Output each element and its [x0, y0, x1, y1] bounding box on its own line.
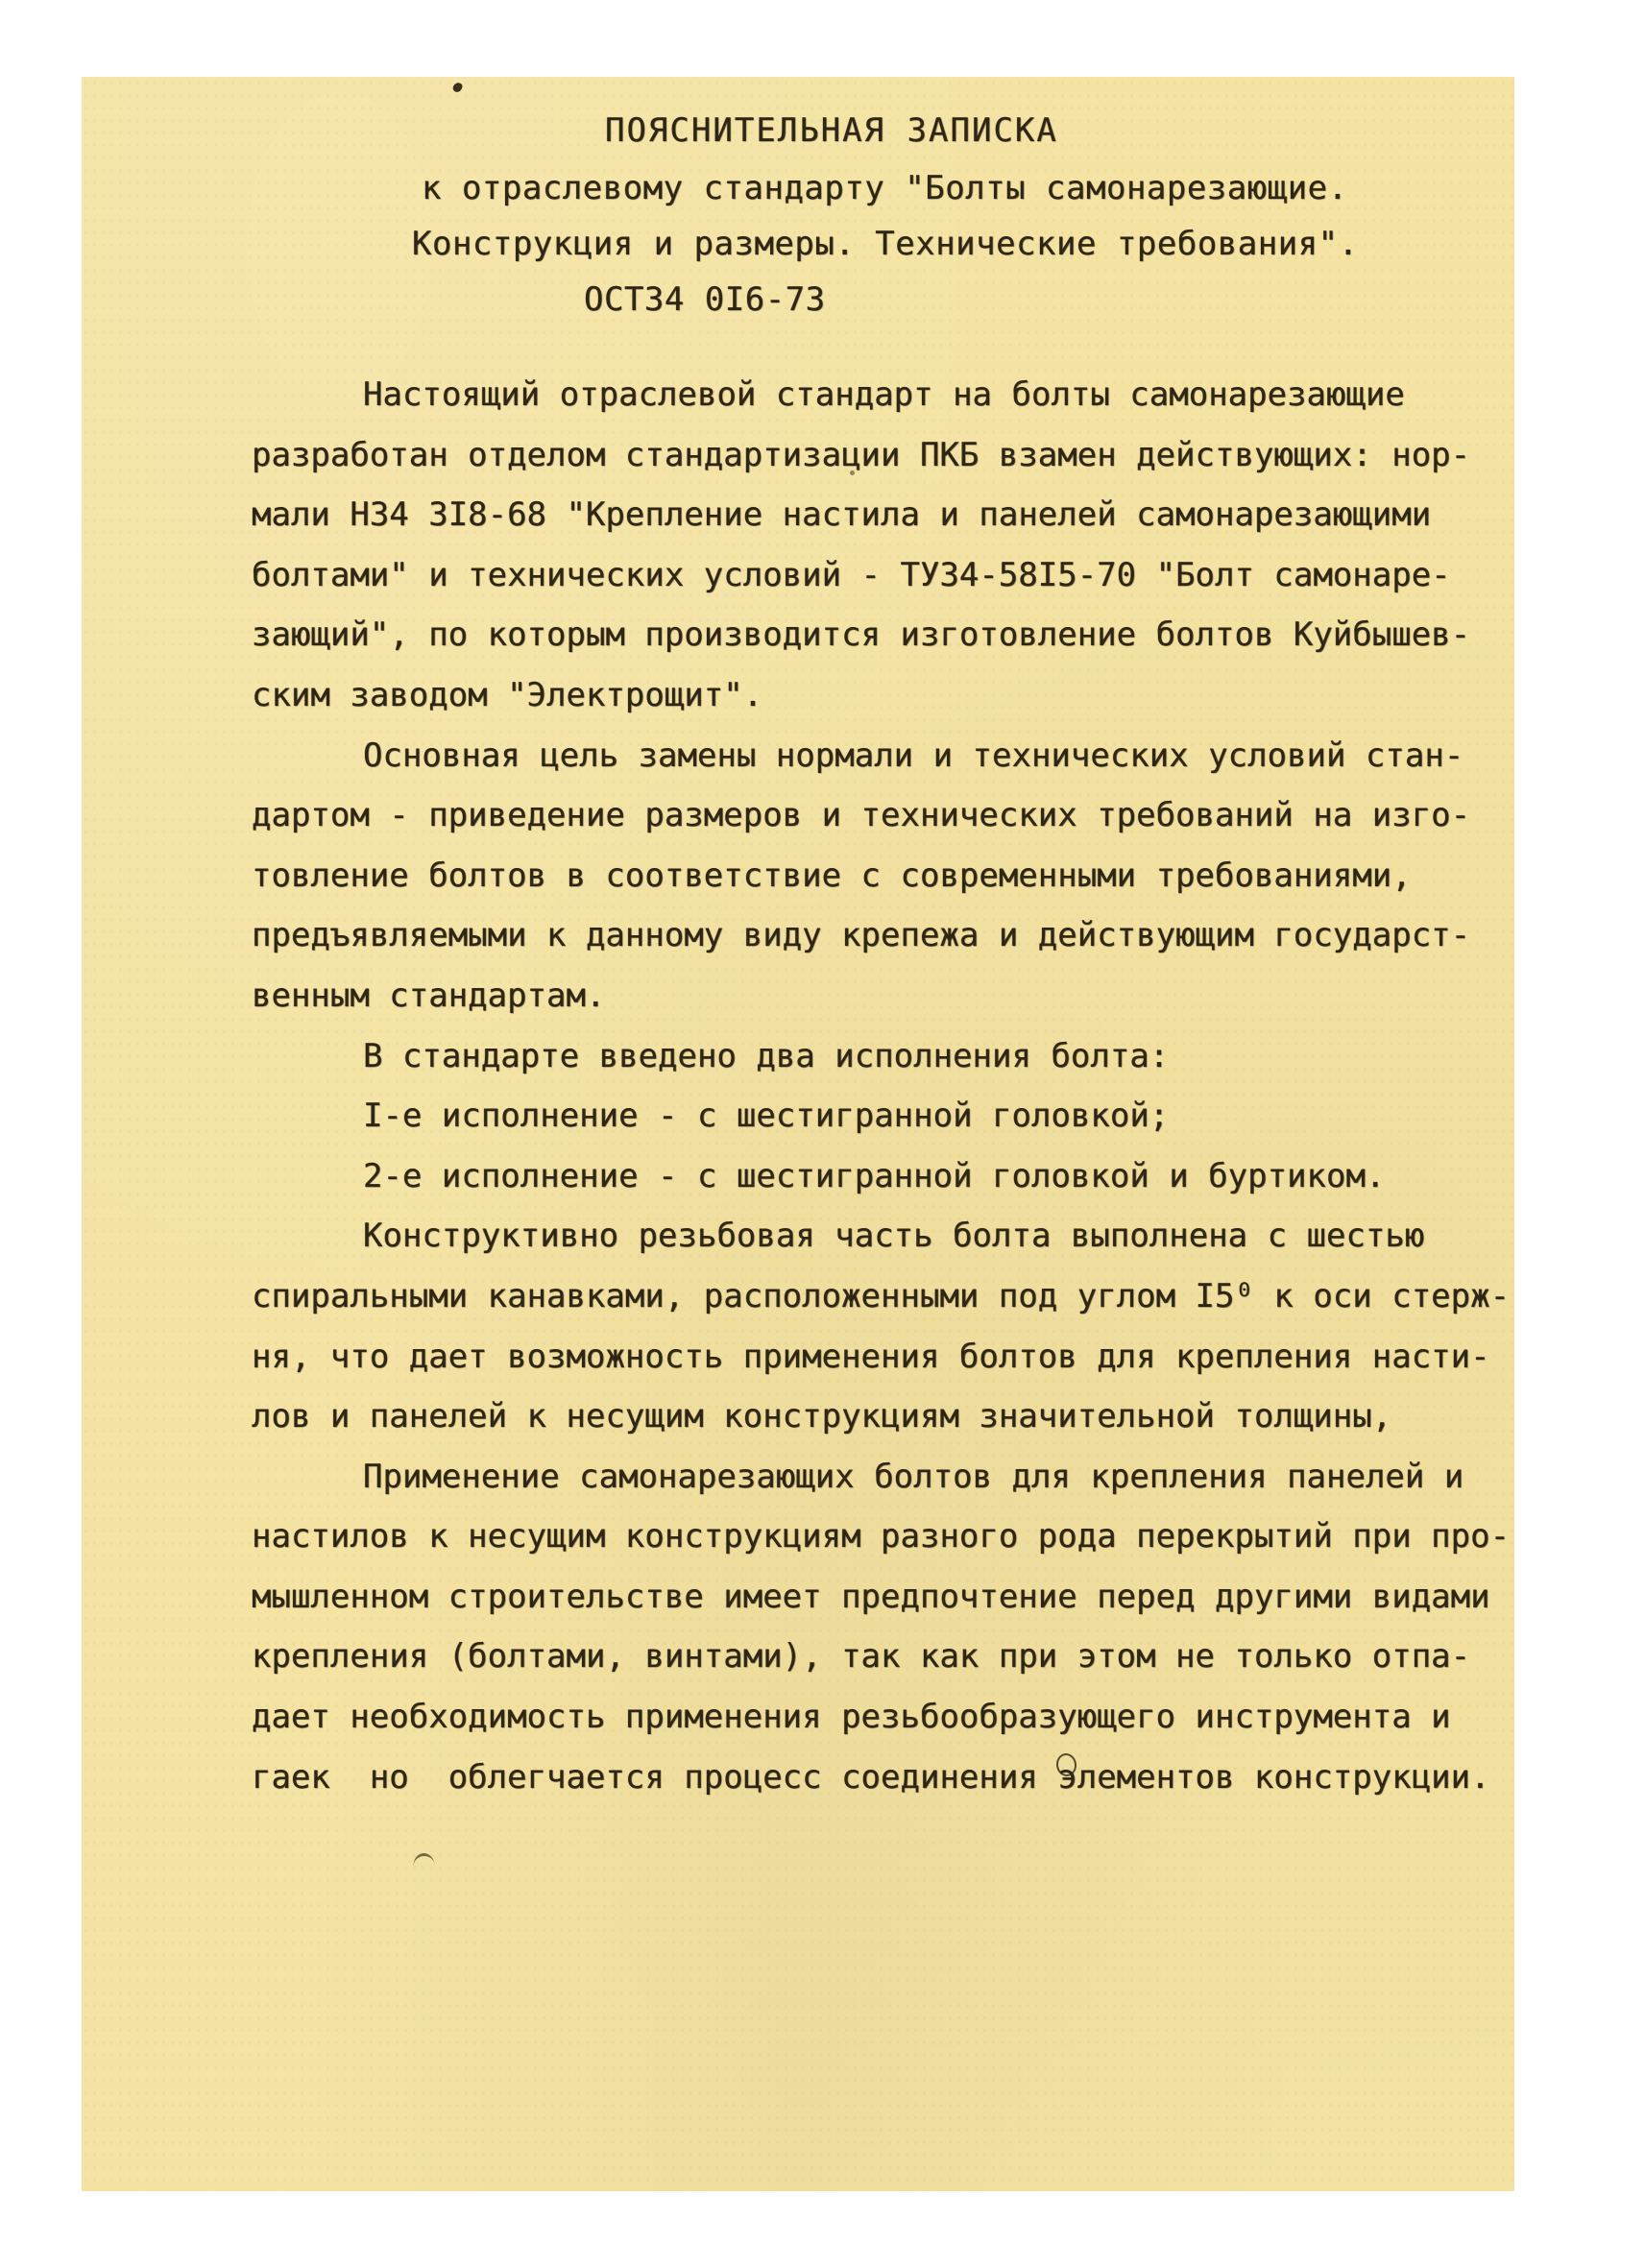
- ink-speck-artifact: [451, 82, 463, 94]
- squiggle-artifact: [412, 1852, 434, 1867]
- body-line: зающий", по которым производится изготов…: [252, 605, 1529, 665]
- body-line: мали Н34 3I8-68 "Крепление настила и пан…: [252, 485, 1529, 545]
- title-line: ОСТ34 0I6-73: [584, 280, 826, 319]
- body-line: гаек но облегчается процесс соединения э…: [252, 1748, 1529, 1808]
- body-line: ским заводом "Электрощит".: [252, 665, 1529, 726]
- dot-artifact: [850, 470, 855, 475]
- body-line: спиральными канавками, расположенными по…: [252, 1267, 1529, 1327]
- body-line: I-е исполнение - с шестигранной головкой…: [252, 1086, 1529, 1146]
- body-line: мышленном строительстве имеет предпочтен…: [252, 1567, 1529, 1628]
- body-line: Применение самонарезающих болтов для кре…: [252, 1447, 1529, 1508]
- body-line: дает необходимость применения резьбообра…: [252, 1687, 1529, 1748]
- body-line: Основная цель замены нормали и техническ…: [252, 726, 1529, 786]
- body-line: разработан отделом стандартизации ПКБ вз…: [252, 425, 1529, 486]
- body-line: болтами" и технических условий - ТУ34-58…: [252, 545, 1529, 606]
- body-line: венным стандартам.: [252, 966, 1529, 1026]
- body-line: В стандарте введено два исполнения болта…: [252, 1026, 1529, 1087]
- body-line: крепления (болтами, винтами), так как пр…: [252, 1627, 1529, 1687]
- title-line: ПОЯСНИТЕЛЬНАЯ ЗАПИСКА: [605, 111, 1058, 150]
- body-line: Настоящий отраслевой стандарт на болты с…: [252, 365, 1529, 425]
- scanned-page: ПОЯСНИТЕЛЬНАЯ ЗАПИСКАк отраслевому станд…: [0, 0, 1645, 2268]
- body-line: 2-е исполнение - с шестигранной головкой…: [252, 1146, 1529, 1207]
- paper-sheet: ПОЯСНИТЕЛЬНАЯ ЗАПИСКАк отраслевому станд…: [82, 77, 1514, 2191]
- body-line: дартом - приведение размеров и техническ…: [252, 785, 1529, 846]
- title-line: к отраслевому стандарту "Болты самонарез…: [422, 169, 1348, 207]
- title-line: Конструкция и размеры. Технические требо…: [412, 225, 1359, 263]
- body-line: настилов к несущим конструкциям разного …: [252, 1507, 1529, 1567]
- body-line: лов и панелей к несущим конструкциям зна…: [252, 1387, 1529, 1447]
- body-text: Настоящий отраслевой стандарт на болты с…: [252, 365, 1529, 1807]
- body-line: предъявляемыми к данному виду крепежа и …: [252, 905, 1529, 966]
- body-line: Конструктивно резьбовая часть болта выпо…: [252, 1206, 1529, 1267]
- body-line: товление болтов в соответствие с совреме…: [252, 846, 1529, 906]
- body-line: ня, что дает возможность применения болт…: [252, 1327, 1529, 1387]
